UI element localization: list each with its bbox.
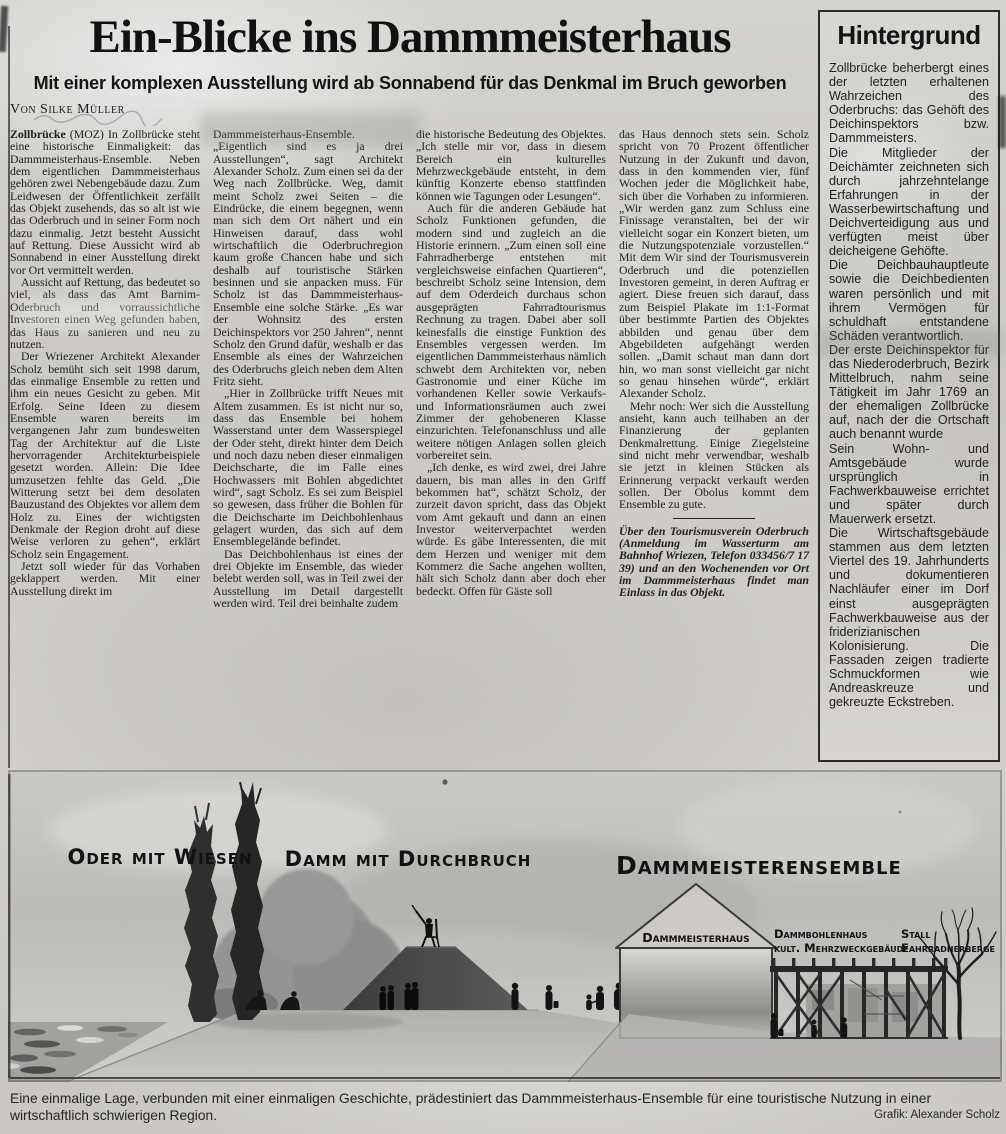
timber-frame-building: [770, 958, 948, 1038]
article-paragraph: Jetzt soll wieder für das Vorhaben gekla…: [10, 560, 200, 597]
article-paragraph: Das Deichbohlenhaus ist eines der drei O…: [213, 548, 403, 610]
sidebar-paragraph: Der erste Deichinspektor für das Niedero…: [829, 343, 989, 442]
caption-text: Eine einmalige Lage, verbunden mit einer…: [10, 1091, 931, 1123]
article-column-2: Dammmeisterhaus-Ensemble. „Eigentlich si…: [213, 128, 403, 766]
page-title: Ein-Blicke ins Dammmeisterhaus: [8, 12, 812, 64]
illustration-label-dammmeisterhaus: Dammmeisterhaus: [642, 930, 749, 945]
illustration: Oder mit Wiesen Damm mit Durchbruch Damm…: [8, 770, 1002, 1082]
ink-speck: [899, 811, 902, 814]
article-paragraph: „Hier in Zollbrücke trifft Neues mit Alt…: [213, 387, 403, 547]
illustration-label-mehrzweckgebaeude: kult. Mehrzweckgebäude: [774, 941, 909, 955]
article-paragraph: die historische Bedeutung des Objektes. …: [416, 128, 606, 202]
masthead: Ein-Blicke ins Dammmeisterhaus Mit einer…: [8, 6, 812, 118]
section-divider: [673, 518, 755, 519]
illustration-label-dammbohlenhaus: Dammbohlenhaus: [774, 927, 868, 941]
sidebar-box: Hintergrund Zollbrücke beherbergt eines …: [818, 10, 1000, 762]
subtitle: Mit einer komplexen Ausstellung wird ab …: [8, 73, 812, 94]
paragraph-text: (MOZ) In Zollbrücke steht eine historisc…: [10, 128, 200, 277]
illustration-label-stall: Stall: [901, 927, 931, 941]
scan-artifact-corner: [0, 6, 8, 52]
sidebar-paragraph: Die Mitglieder der Deichämter zeichneten…: [829, 146, 989, 259]
article-paragraph: Zollbrücke (MOZ) In Zollbrücke steht ein…: [10, 128, 200, 276]
sidebar-paragraph: Sein Wohn- und Amtsgebäude wurde ursprün…: [829, 442, 989, 527]
illustration-label-fahrradherberge: Fahrradherberge: [901, 941, 995, 955]
visitor-info-note: Über den Tourismusverein Oderbruch (Anme…: [619, 525, 809, 599]
illustration-label-oder: Oder mit Wiesen: [67, 845, 252, 869]
illustration-label-damm: Damm mit Durchbruch: [285, 847, 532, 871]
scan-artifact-right: [999, 96, 1006, 148]
article-paragraph: „Ich denke, es wird zwei, drei Jahre dau…: [416, 461, 606, 597]
newspaper-page: Ein-Blicke ins Dammmeisterhaus Mit einer…: [0, 0, 1006, 1134]
handwriting-mark: [30, 110, 170, 126]
sidebar-paragraph: Die Deichbauhauptleute sowie die Deichbe…: [829, 258, 989, 343]
article-paragraph: Auch für die anderen Gebäude hat Scholz …: [416, 202, 606, 461]
sidebar-title: Hintergrund: [829, 20, 989, 51]
article-paragraph: Mehr noch: Wer sich die Ausstellung ansi…: [619, 400, 809, 511]
ink-speck: [442, 779, 447, 784]
article-body: Zollbrücke (MOZ) In Zollbrücke steht ein…: [10, 128, 810, 766]
caption: Eine einmalige Lage, verbunden mit einer…: [10, 1090, 1002, 1124]
scan-artifact-left-rule: [8, 26, 10, 768]
article-paragraph: Dammmeisterhaus-Ensemble. „Eigentlich si…: [213, 128, 403, 387]
sidebar-paragraph: Die Wirtschaftsgebäude stammen aus dem l…: [829, 526, 989, 709]
article-paragraph: Aussicht auf Rettung, das bedeutet so vi…: [10, 276, 200, 350]
article-column-4: das Haus dennoch stets sein. Scholz spri…: [619, 128, 809, 766]
sidebar-paragraph: Zollbrücke beherbergt eines der letzten …: [829, 61, 989, 146]
illustration-label-ensemble: Dammmeisterensemble: [616, 851, 902, 880]
article-paragraph: das Haus dennoch stets sein. Scholz spri…: [619, 128, 809, 400]
article-column-1: Zollbrücke (MOZ) In Zollbrücke steht ein…: [10, 128, 200, 766]
article-column-3: die historische Bedeutung des Objektes. …: [416, 128, 606, 766]
article-paragraph: Der Wriezener Architekt Alexander Scholz…: [10, 350, 200, 560]
caption-credit: Grafik: Alexander Scholz: [874, 1107, 1000, 1124]
